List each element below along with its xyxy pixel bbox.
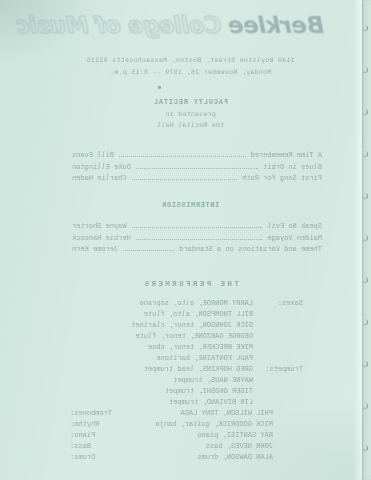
performers-row: LIN BIVIANO, trumpet: [70, 399, 303, 410]
dotted-leader: [136, 234, 263, 240]
performer-names: GREG HOPKINS, lead trumpet: [144, 366, 253, 374]
performer-names: MIKE BRECKER, tenor, oboe: [148, 344, 253, 352]
piece-title: Theme and Variations on a Standard: [179, 246, 322, 254]
date-line: Monday, November 26, 1979 -- 8:15 p.m.: [10, 69, 371, 76]
instrument-label: Drums:: [70, 454, 95, 462]
performer-names: LIN BIVIANO, trumpet: [169, 399, 253, 407]
performers-row: MICK GOODRICK, guitar, banjoRhythm:: [70, 421, 303, 432]
performer-names: WAYNE NAUS, trumpet: [173, 377, 253, 385]
performers-row: Trumpets:GREG HOPKINS, lead trumpet: [70, 366, 303, 377]
instrument-label: Bass:: [70, 443, 91, 451]
piece-title: Speak No Evil: [267, 223, 322, 231]
performer-name: Wayne Shorter: [72, 223, 127, 231]
piece-title: Maiden Voyage: [267, 235, 322, 243]
program-row: First Song for RuthCharlie Haden: [72, 174, 322, 186]
performer-names: PHIL WILSON, TONY LADA: [181, 410, 273, 418]
performer-name: Herbie Hancock: [72, 235, 131, 243]
performer-names: DICK JOHNSON, tenor, clarinet: [131, 322, 253, 330]
performer-names: JOHN NEVES, bass: [206, 443, 273, 451]
program-row: A Time RememberedBill Evans: [72, 151, 322, 163]
performers-row: WAYNE NAUS, trumpet: [70, 377, 303, 388]
performers-row: GEORGE GARZONE, tenor, flute: [70, 333, 303, 344]
scanned-program-page: Berklee College of Music 1140 Boylston S…: [0, 0, 371, 480]
berklee-logo-wordmark: Berklee: [229, 13, 324, 39]
program-row: Blues in OrbitDuke Ellington: [72, 163, 322, 175]
performer-names: GEORGE GARZONE, tenor, flute: [135, 333, 253, 341]
college-of-music-wordmark: College of Music: [17, 13, 229, 39]
program-second-half: Speak No EvilWayne ShorterMaiden VoyageH…: [72, 222, 322, 257]
performer-names: RAY SANTISI, piano: [197, 432, 273, 440]
dotted-leader: [136, 163, 258, 169]
performer-name: Charlie Haden: [72, 175, 127, 183]
performers-row: RAY SANTISI, pianoPiano:: [70, 432, 303, 443]
program-row: Maiden VoyageHerbie Hancock: [72, 234, 322, 246]
performers-row: TIGER OKOSHI, trumpet: [70, 388, 303, 399]
performer-name: Duke Ellington: [72, 164, 131, 172]
performer-names: LARRY MONROE, alto, soprano: [140, 300, 253, 308]
performer-names: PAUL FONTAINE, baritone: [156, 355, 253, 363]
dotted-leader: [132, 222, 263, 228]
piece-title: First Song for Ruth: [242, 175, 322, 183]
instrument-label: Trumpets:: [253, 366, 303, 374]
dotted-leader: [132, 174, 238, 180]
performer-name: Bill Evans: [72, 152, 114, 160]
address-line: 1140 Boylston Street, Boston, Massachuse…: [10, 57, 371, 64]
intermission-heading: INTERMISSION: [10, 202, 371, 210]
performers-row: PHIL WILSON, TONY LADATrombones:: [70, 410, 303, 421]
instrument-label: Rhythm:: [70, 421, 99, 429]
program-first-half: A Time RememberedBill EvansBlues in Orbi…: [72, 151, 322, 186]
berklee-logo: Berklee College of Music: [17, 13, 324, 39]
instrument-label: Trombones:: [70, 410, 112, 418]
performers-row: BILL THOMPSON, alto, flute: [70, 311, 303, 322]
piece-title: Blues in Orbit: [263, 164, 322, 172]
program-row: Speak No EvilWayne Shorter: [72, 222, 322, 234]
dotted-leader: [119, 151, 246, 157]
instrument-label: Saxes:: [253, 300, 303, 308]
performers-row: DICK JOHNSON, tenor, clarinet: [70, 322, 303, 333]
recital-title: FACULTY RECITAL: [10, 99, 371, 107]
performers-row: MIKE BRECKER, tenor, oboe: [70, 344, 303, 355]
ink-speck: [159, 86, 162, 89]
page-edge-highlight: [353, 0, 362, 480]
dotted-leader: [123, 245, 174, 251]
performer-names: MICK GOODRICK, guitar, banjo: [155, 421, 273, 429]
performer-names: TIGER OKOSHI, trumpet: [165, 388, 253, 396]
performers-row: JOHN NEVES, bassBass:: [70, 443, 303, 454]
performers-row: Saxes:LARRY MONROE, alto, soprano: [70, 300, 303, 311]
recital-subtitle: presented in: [10, 111, 371, 118]
performers-list: Saxes:LARRY MONROE, alto, sopranoBILL TH…: [70, 300, 303, 465]
performer-names: BILL THOMPSON, alto, flute: [144, 311, 253, 319]
performer-names: ALAN DAWSON, drums: [197, 454, 273, 462]
program-row: Theme and Variations on a StandardJerome…: [72, 245, 322, 257]
instrument-label: Piano:: [70, 432, 95, 440]
recital-venue: the Recital Hall: [10, 122, 371, 129]
bleed-through-layer: Berklee College of Music 1140 Boylston S…: [0, 0, 371, 480]
piece-title: A Time Remembered: [251, 152, 322, 160]
performer-name: Jerome Kern: [72, 246, 118, 254]
performers-row: PAUL FONTAINE, baritone: [70, 355, 303, 366]
performers-heading: THE PERFORMERS: [10, 281, 371, 289]
performers-row: ALAN DAWSON, drumsDrums:: [70, 454, 303, 465]
